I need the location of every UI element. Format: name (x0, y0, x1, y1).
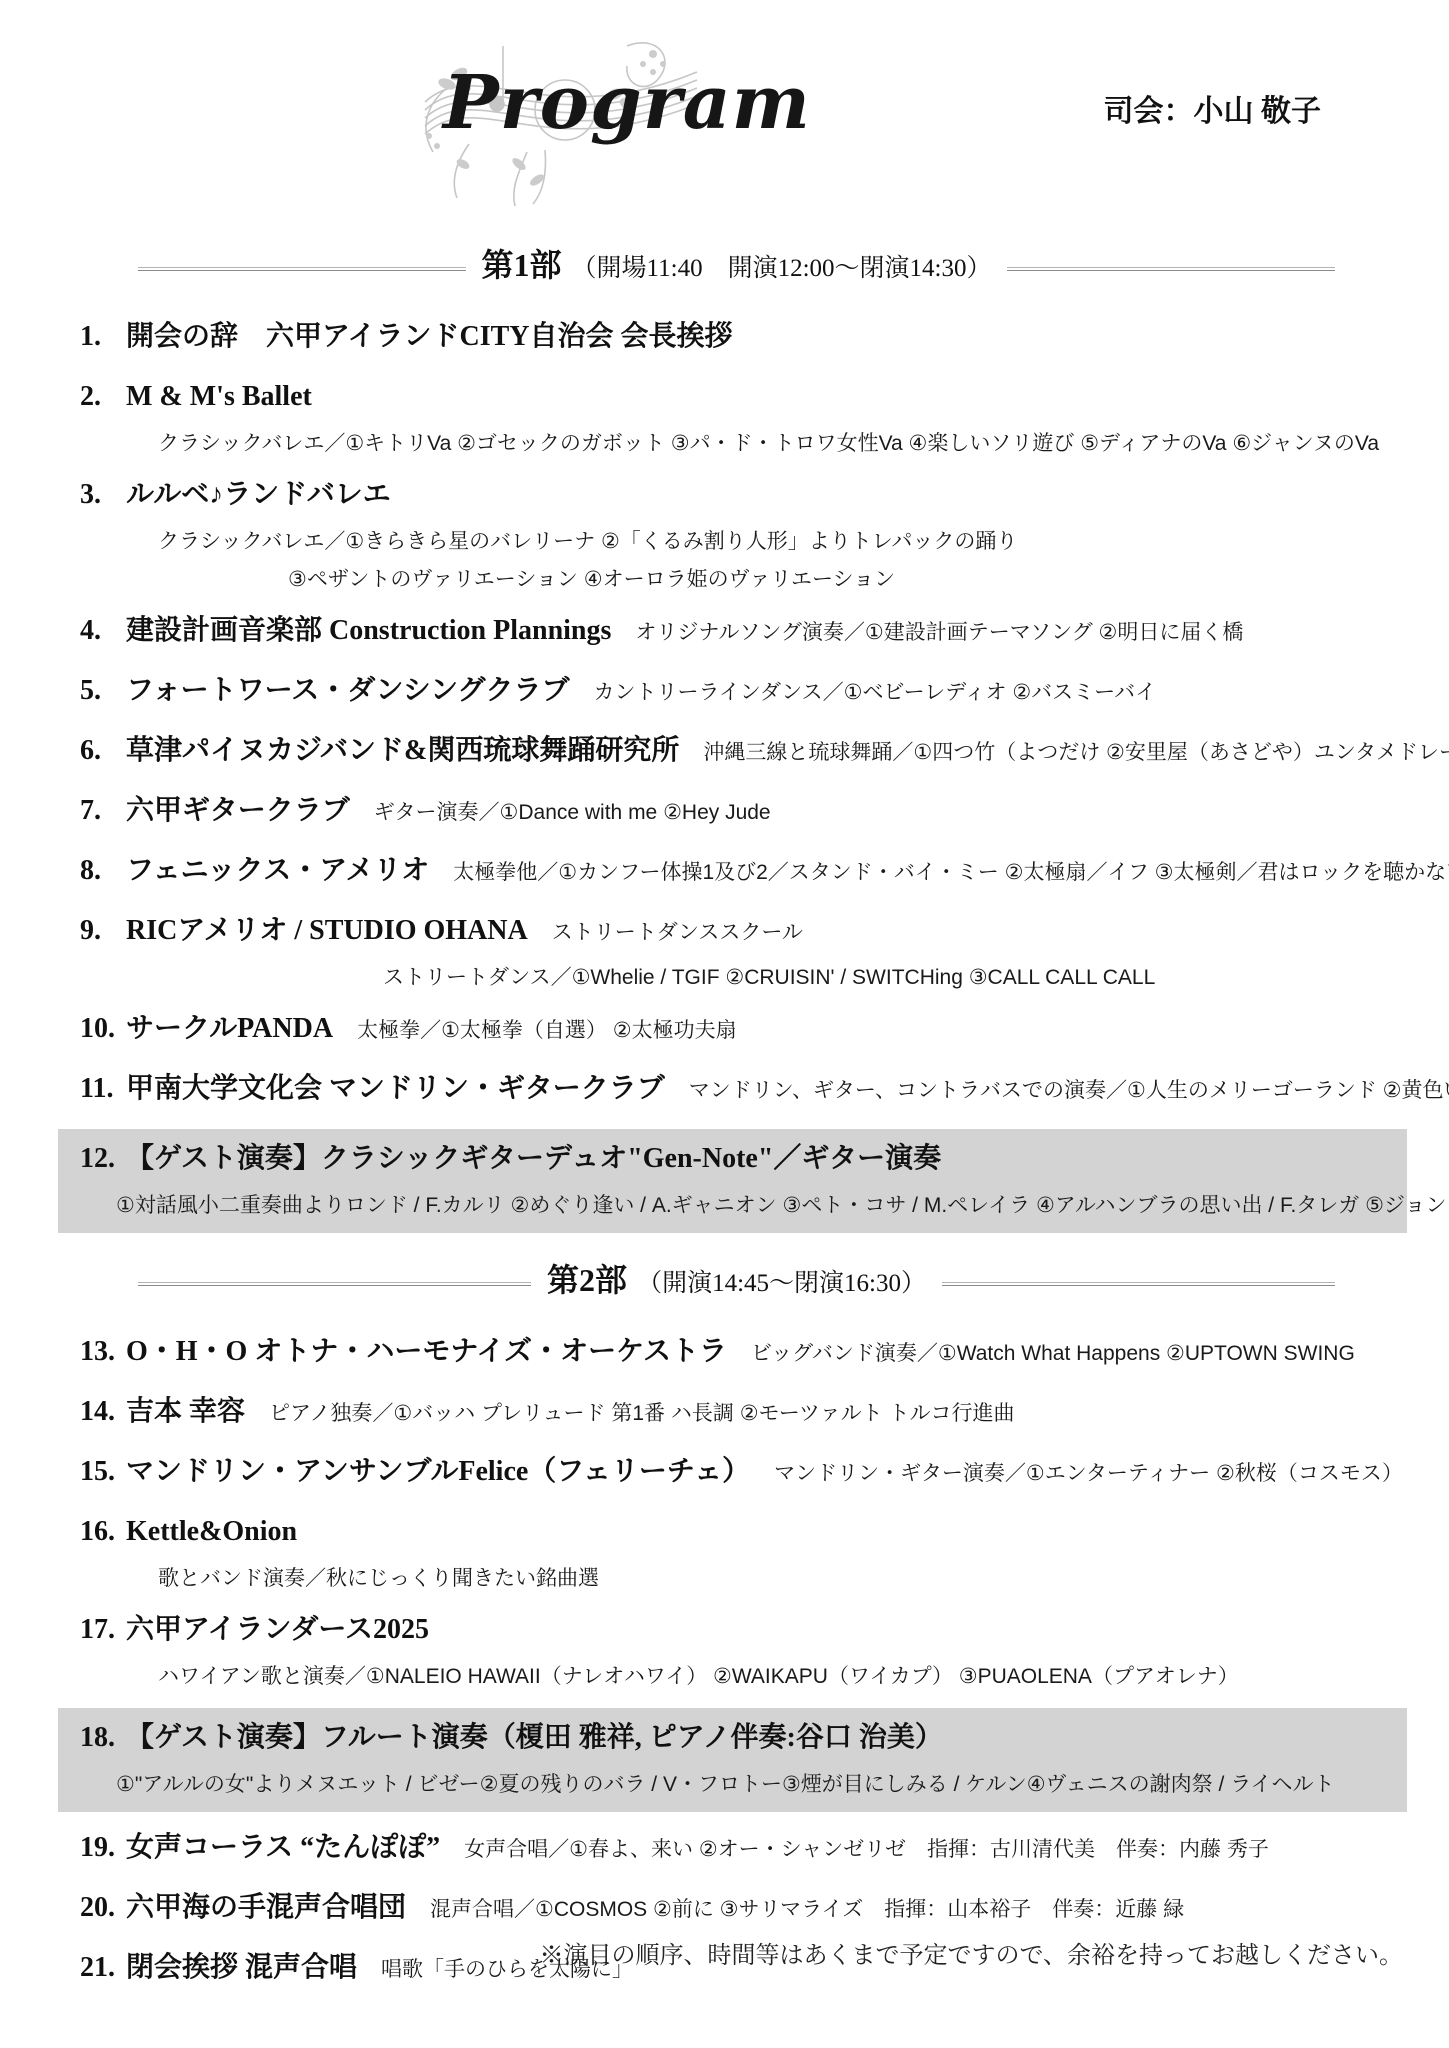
mc-credit: 司会：小山 敬子 (1104, 86, 1322, 130)
item-number: 6. (80, 731, 126, 775)
item-content: 六甲ギタークラブ ギター演奏／①Dance with me ②Hey Jude (126, 791, 1393, 835)
item-number: 13. (80, 1332, 126, 1376)
item-title-line: Kettle&Onion (126, 1512, 1393, 1556)
page-title: Program (425, 38, 745, 140)
item-title-line: RICアメリオ / STUDIO OHANA ストリートダンススクール (126, 911, 1393, 955)
item-title: サークルPANDA (126, 1013, 333, 1044)
part-divider: 第1部 （開場11:40 開演12:00〜閉演14:30） (138, 244, 1335, 293)
program-item: 18. 【ゲスト演奏】フルート演奏（榎田 雅祥, ピアノ伴奏:谷口 治美） ①"… (58, 1708, 1407, 1812)
item-title-line: サークルPANDA 太極拳／①太極拳（自選） ②太極功夫扇 (126, 1009, 1393, 1053)
item-subline: ハワイアン歌と演奏／①NALEIO HAWAII（ナレオハワイ） ②WAIKAP… (158, 1662, 1393, 1692)
item-title: 【ゲスト演奏】フルート演奏（榎田 雅祥, ピアノ伴奏:谷口 治美） (126, 1722, 943, 1753)
item-subline: クラシックバレエ／①きらきら星のバレリーナ ②「くるみ割り人形」よりトレパックの… (158, 527, 1393, 557)
item-title: 吉本 幸容 (126, 1396, 245, 1427)
item-title-line: 吉本 幸容 ピアノ独奏／①バッハ プレリュード 第1番 ハ長調 ②モーツァルト … (126, 1392, 1393, 1436)
footer-note: ※演目の順序、時間等はあくまで予定ですので、余裕を持ってお越しください。 (539, 1935, 1403, 1970)
item-title-line: 草津パイヌカジバンド&関西琉球舞踊研究所 沖縄三線と琉球舞踊／①四つ竹（よつだけ… (126, 731, 1393, 775)
item-title-line: 六甲アイランダース2025 (126, 1610, 1393, 1654)
item-title: 六甲海の手混声合唱団 (126, 1892, 406, 1923)
item-detail: 沖縄三線と琉球舞踊／①四つ竹（よつだけ ②安里屋（あさどや）ユンタメドレー (703, 741, 1449, 764)
item-title: M & M's Ballet (126, 381, 312, 412)
item-detail: オリジナルソング演奏／①建設計画テーマソング ②明日に届く橋 (635, 621, 1243, 644)
item-content: RICアメリオ / STUDIO OHANA ストリートダンススクール ストリー… (126, 911, 1393, 993)
item-title: 甲南大学文化会 マンドリン・ギタークラブ (126, 1073, 665, 1104)
item-number: 15. (80, 1452, 126, 1496)
item-number: 5. (80, 671, 126, 715)
item-detail: 女声合唱／①春よ、来い ②オー・シャンゼリゼ 指揮：古川清代美 伴奏：内藤 秀子 (464, 1838, 1269, 1861)
divider-rule-left (138, 1282, 531, 1286)
item-title-line: ルルベ♪ランドバレエ (126, 475, 1393, 519)
item-title-line: マンドリン・アンサンブルFelice（フェリーチェ） マンドリン・ギター演奏／①… (126, 1452, 1393, 1496)
item-title: O・H・O オトナ・ハーモナイズ・オーケストラ (126, 1336, 727, 1367)
item-title: 【ゲスト演奏】クラシックギターデュオ"Gen-Note"／ギター演奏 (126, 1143, 941, 1174)
divider-rule-right (942, 1282, 1335, 1286)
item-content: 草津パイヌカジバンド&関西琉球舞踊研究所 沖縄三線と琉球舞踊／①四つ竹（よつだけ… (126, 731, 1393, 775)
item-detail: 太極拳他／①カンフー体操1及び2／スタンド・バイ・ミー ②太極扇／イフ ③太極剣… (453, 861, 1449, 884)
item-number: 11. (80, 1069, 126, 1113)
program-item: 15. マンドリン・アンサンブルFelice（フェリーチェ） マンドリン・ギター… (80, 1452, 1393, 1496)
item-title: フォートワース・ダンシングクラブ (126, 675, 570, 706)
item-title-line: 【ゲスト演奏】フルート演奏（榎田 雅祥, ピアノ伴奏:谷口 治美） (126, 1718, 1393, 1762)
item-content: 【ゲスト演奏】フルート演奏（榎田 雅祥, ピアノ伴奏:谷口 治美） ①"アルルの… (126, 1718, 1393, 1800)
item-content: フェニックス・アメリオ 太極拳他／①カンフー体操1及び2／スタンド・バイ・ミー … (126, 851, 1393, 895)
item-content: マンドリン・アンサンブルFelice（フェリーチェ） マンドリン・ギター演奏／①… (126, 1452, 1393, 1496)
item-subline: ①対話風小二重奏曲よりロンド / F.カルリ ②めぐり逢い / A.ギャニオン … (116, 1191, 1393, 1221)
program-item: 19. 女声コーラス “たんぽぽ” 女声合唱／①春よ、来い ②オー・シャンゼリゼ… (80, 1828, 1393, 1872)
program-item: 9. RICアメリオ / STUDIO OHANA ストリートダンススクール ス… (80, 911, 1393, 993)
program-item: 17. 六甲アイランダース2025 ハワイアン歌と演奏／①NALEIO HAWA… (80, 1610, 1393, 1692)
item-title-line: 甲南大学文化会 マンドリン・ギタークラブ マンドリン、ギター、コントラバスでの演… (126, 1069, 1393, 1113)
item-subline: ストリートダンス／①Whelie / TGIF ②CRUISIN' / SWIT… (383, 963, 1393, 993)
item-content: 六甲アイランダース2025 ハワイアン歌と演奏／①NALEIO HAWAII（ナ… (126, 1610, 1393, 1692)
item-number: 2. (80, 377, 126, 459)
program-item: 3. ルルベ♪ランドバレエ クラシックバレエ／①きらきら星のバレリーナ ②「くる… (80, 475, 1393, 595)
item-number: 21. (80, 1948, 126, 1992)
item-title-line: 六甲ギタークラブ ギター演奏／①Dance with me ②Hey Jude (126, 791, 1393, 835)
item-number: 10. (80, 1009, 126, 1053)
program-body: 第1部 （開場11:40 開演12:00〜閉演14:30） 1. 開会の辞 六甲… (0, 244, 1449, 1992)
item-number: 4. (80, 611, 126, 655)
part-label: 第2部 （開演14:45〜閉演16:30） (547, 1259, 926, 1308)
item-title: RICアメリオ / STUDIO OHANA (126, 915, 528, 946)
item-title: マンドリン・アンサンブルFelice（フェリーチェ） (126, 1456, 750, 1487)
part-label: 第1部 （開場11:40 開演12:00〜閉演14:30） (482, 244, 992, 293)
item-content: Kettle&Onion 歌とバンド演奏／秋にじっくり聞きたい銘曲選 (126, 1512, 1393, 1594)
program-item: 4. 建設計画音楽部 Construction Plannings オリジナルソ… (80, 611, 1393, 655)
item-title-line: 【ゲスト演奏】クラシックギターデュオ"Gen-Note"／ギター演奏 (126, 1139, 1393, 1183)
item-detail: ギター演奏／①Dance with me ②Hey Jude (374, 801, 771, 824)
program-item: 10. サークルPANDA 太極拳／①太極拳（自選） ②太極功夫扇 (80, 1009, 1393, 1053)
program-title-block: Program (425, 38, 745, 208)
item-detail: ストリートダンススクール (552, 921, 803, 944)
program-page: Program 司会：小山 敬子 第1部 （開場11:40 開演12:00〜閉演… (0, 0, 1449, 2048)
item-number: 7. (80, 791, 126, 835)
item-content: 【ゲスト演奏】クラシックギターデュオ"Gen-Note"／ギター演奏 ①対話風小… (126, 1139, 1393, 1221)
item-subline: 歌とバンド演奏／秋にじっくり聞きたい銘曲選 (158, 1564, 1393, 1594)
part-heading: 第2部 (547, 1262, 627, 1298)
program-item: 1. 開会の辞 六甲アイランドCITY自治会 会長挨拶 (80, 317, 1393, 361)
item-content: 吉本 幸容 ピアノ独奏／①バッハ プレリュード 第1番 ハ長調 ②モーツァルト … (126, 1392, 1393, 1436)
item-content: 建設計画音楽部 Construction Plannings オリジナルソング演… (126, 611, 1393, 655)
item-number: 16. (80, 1512, 126, 1594)
part-heading: 第1部 (482, 247, 562, 283)
item-title-line: M & M's Ballet (126, 377, 1393, 421)
item-subline: ①"アルルの女"よりメヌエット / ビゼー②夏の残りのバラ / V・フロトー③煙… (116, 1770, 1393, 1800)
item-detail: ビッグバンド演奏／①Watch What Happens ②UPTOWN SWI… (751, 1342, 1355, 1365)
item-detail: マンドリン、ギター、コントラバスでの演奏／①人生のメリーゴーランド ②黄色いリボ… (689, 1079, 1449, 1102)
item-title: 草津パイヌカジバンド&関西琉球舞踊研究所 (126, 735, 679, 766)
program-item: 20. 六甲海の手混声合唱団 混声合唱／①COSMOS ②前に ③サリマライズ … (80, 1888, 1393, 1932)
item-number: 9. (80, 911, 126, 993)
divider-rule-right (1007, 267, 1335, 271)
item-content: 甲南大学文化会 マンドリン・ギタークラブ マンドリン、ギター、コントラバスでの演… (126, 1069, 1393, 1113)
program-item: 16. Kettle&Onion 歌とバンド演奏／秋にじっくり聞きたい銘曲選 (80, 1512, 1393, 1594)
item-content: O・H・O オトナ・ハーモナイズ・オーケストラ ビッグバンド演奏／①Watch … (126, 1332, 1393, 1376)
item-content: サークルPANDA 太極拳／①太極拳（自選） ②太極功夫扇 (126, 1009, 1393, 1053)
item-subline: ③ペザントのヴァリエーション ④オーロラ姫のヴァリエーション (288, 565, 1393, 595)
item-detail: カントリーラインダンス／①ベビーレディオ ②バスミーバイ (594, 681, 1157, 704)
item-detail: ピアノ独奏／①バッハ プレリュード 第1番 ハ長調 ②モーツァルト トルコ行進曲 (269, 1402, 1014, 1425)
program-item: 14. 吉本 幸容 ピアノ独奏／①バッハ プレリュード 第1番 ハ長調 ②モーツ… (80, 1392, 1393, 1436)
item-number: 3. (80, 475, 126, 595)
item-number: 20. (80, 1888, 126, 1932)
item-content: 開会の辞 六甲アイランドCITY自治会 会長挨拶 (126, 317, 1393, 361)
item-title: 六甲ギタークラブ (126, 795, 350, 826)
item-content: M & M's Ballet クラシックバレエ／①キトリVa ②ゴセックのガボッ… (126, 377, 1393, 459)
item-number: 1. (80, 317, 126, 361)
item-title: 建設計画音楽部 Construction Plannings (126, 615, 611, 646)
item-content: 六甲海の手混声合唱団 混声合唱／①COSMOS ②前に ③サリマライズ 指揮：山… (126, 1888, 1393, 1932)
document-header: Program 司会：小山 敬子 (0, 0, 1449, 218)
program-item: 7. 六甲ギタークラブ ギター演奏／①Dance with me ②Hey Ju… (80, 791, 1393, 835)
item-title: 女声コーラス “たんぽぽ” (126, 1832, 440, 1863)
part-time: （開場11:40 開演12:00〜閉演14:30） (572, 255, 992, 282)
item-number: 8. (80, 851, 126, 895)
item-number: 17. (80, 1610, 126, 1692)
item-content: 女声コーラス “たんぽぽ” 女声合唱／①春よ、来い ②オー・シャンゼリゼ 指揮：… (126, 1828, 1393, 1872)
item-detail: 太極拳／①太極拳（自選） ②太極功夫扇 (357, 1019, 737, 1042)
item-title: 開会の辞 六甲アイランドCITY自治会 会長挨拶 (126, 321, 733, 352)
item-title: ルルベ♪ランドバレエ (126, 479, 391, 510)
program-item: 8. フェニックス・アメリオ 太極拳他／①カンフー体操1及び2／スタンド・バイ・… (80, 851, 1393, 895)
item-title-line: 女声コーラス “たんぽぽ” 女声合唱／①春よ、来い ②オー・シャンゼリゼ 指揮：… (126, 1828, 1393, 1872)
part-divider: 第2部 （開演14:45〜閉演16:30） (138, 1259, 1335, 1308)
program-item: 5. フォートワース・ダンシングクラブ カントリーラインダンス／①ベビーレディオ… (80, 671, 1393, 715)
item-title-line: 六甲海の手混声合唱団 混声合唱／①COSMOS ②前に ③サリマライズ 指揮：山… (126, 1888, 1393, 1932)
program-item: 2. M & M's Ballet クラシックバレエ／①キトリVa ②ゴセックの… (80, 377, 1393, 459)
item-number: 14. (80, 1392, 126, 1436)
program-item: 6. 草津パイヌカジバンド&関西琉球舞踊研究所 沖縄三線と琉球舞踊／①四つ竹（よ… (80, 731, 1393, 775)
divider-rule-left (138, 267, 466, 271)
item-title: フェニックス・アメリオ (126, 855, 429, 886)
item-number: 19. (80, 1828, 126, 1872)
item-title-line: 建設計画音楽部 Construction Plannings オリジナルソング演… (126, 611, 1393, 655)
part-time: （開演14:45〜閉演16:30） (637, 1270, 926, 1297)
item-detail: 混声合唱／①COSMOS ②前に ③サリマライズ 指揮：山本裕子 伴奏：近藤 緑 (430, 1898, 1184, 1921)
item-content: ルルベ♪ランドバレエ クラシックバレエ／①きらきら星のバレリーナ ②「くるみ割り… (126, 475, 1393, 595)
program-item: 11. 甲南大学文化会 マンドリン・ギタークラブ マンドリン、ギター、コントラバ… (80, 1069, 1393, 1113)
item-title: Kettle&Onion (126, 1516, 297, 1547)
item-content: フォートワース・ダンシングクラブ カントリーラインダンス／①ベビーレディオ ②バ… (126, 671, 1393, 715)
item-title: 六甲アイランダース2025 (126, 1614, 429, 1645)
item-title-line: フェニックス・アメリオ 太極拳他／①カンフー体操1及び2／スタンド・バイ・ミー … (126, 851, 1393, 895)
item-title-line: O・H・O オトナ・ハーモナイズ・オーケストラ ビッグバンド演奏／①Watch … (126, 1332, 1393, 1376)
program-item: 13. O・H・O オトナ・ハーモナイズ・オーケストラ ビッグバンド演奏／①Wa… (80, 1332, 1393, 1376)
item-title: 閉会挨拶 混声合唱 (126, 1952, 357, 1983)
item-title-line: 開会の辞 六甲アイランドCITY自治会 会長挨拶 (126, 317, 1393, 361)
item-title-line: フォートワース・ダンシングクラブ カントリーラインダンス／①ベビーレディオ ②バ… (126, 671, 1393, 715)
program-item: 12. 【ゲスト演奏】クラシックギターデュオ"Gen-Note"／ギター演奏 ①… (58, 1129, 1407, 1233)
item-subline: クラシックバレエ／①キトリVa ②ゴセックのガボット ③パ・ド・トロワ女性Va … (158, 429, 1393, 459)
item-detail: マンドリン・ギター演奏／①エンターティナー ②秋桜（コスモス） (774, 1462, 1403, 1485)
